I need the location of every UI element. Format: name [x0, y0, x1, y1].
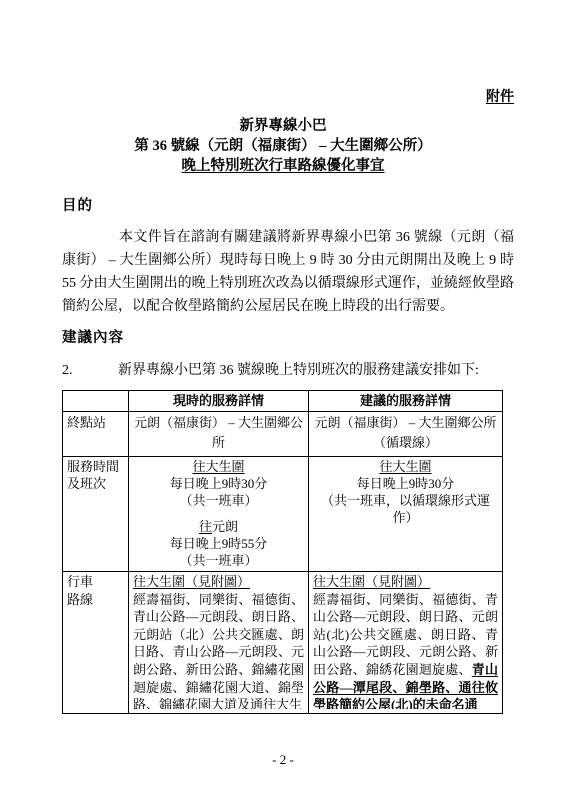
terminus-label: 終點站 — [63, 412, 129, 457]
terminus-proposed: 元朗（福康街） – 大生圍鄉公所（循環線） — [309, 412, 503, 457]
item-number: 2. — [62, 363, 118, 379]
service-hours-label: 服務時間 及班次 — [63, 457, 129, 572]
table-row-terminus: 終點站 元朗（福康街） – 大生圍鄉公所 元朗（福康街） – 大生圍鄉公所（循環… — [63, 412, 503, 457]
table-header-row: 現時的服務詳情 建議的服務詳情 — [63, 391, 503, 412]
header-current-service: 現時的服務詳情 — [129, 391, 309, 412]
route-proposed-body: 經壽福街、同樂街、福德街、青山公路—元朗段、朗日路、元朗站(北)公共交匯處、朗日… — [313, 591, 498, 709]
current-direction2-note: （共一班車） — [133, 552, 304, 569]
proposal-item-2: 2.新界專線小巴第 36 號線晚上特別班次的服務建議安排如下: — [62, 359, 514, 379]
title-line-route: 第 36 號線（元朗（福康街） – 大生圍鄉公所） — [0, 136, 566, 156]
route-label-line2: 路線 — [67, 591, 124, 609]
route-current-body: 經壽福街、同樂街、福德街、青山公路—元朗段、朗日路、元朗站（北）公共交匯處、朗日… — [133, 591, 304, 709]
route-current: 往大生圍（見附圖） 經壽福街、同樂街、福德街、青山公路—元朗段、朗日路、元朗站（… — [129, 572, 309, 714]
terminus-current: 元朗（福康街） – 大生圍鄉公所 — [129, 412, 309, 457]
current-direction2-heading-rest: 元朗 — [212, 519, 238, 534]
route-proposed: 往大生圍（見附圖） 經壽福街、同樂街、福德街、青山公路—元朗段、朗日路、元朗站(… — [309, 572, 503, 714]
service-hours-label-line1: 服務時間 — [67, 458, 124, 475]
service-hours-label-line2: 及班次 — [67, 475, 124, 492]
spacer — [133, 509, 304, 518]
service-hours-proposed: 往大生圍 每日晚上9時30分 （共一班車，以循環線形式運作） — [309, 457, 503, 572]
current-direction2-heading-underlined: 往 — [199, 519, 212, 534]
purpose-paragraph: 本文件旨在諮詢有關建議將新界專線小巴第 36 號線（元朗（福康街） – 大生圍鄉… — [62, 226, 514, 318]
proposal-heading: 建議內容 — [62, 326, 124, 347]
attachment-label: 附件 — [486, 86, 514, 106]
route-label: 行車 路線 — [63, 572, 129, 714]
current-direction1-heading: 往大生圍 — [133, 458, 304, 475]
route-current-heading: 往大生圍（見附圖） — [133, 573, 304, 591]
service-comparison-table: 現時的服務詳情 建議的服務詳情 終點站 元朗（福康街） – 大生圍鄉公所 元朗（… — [62, 390, 503, 714]
title-line-organisation: 新界專線小巴 — [0, 116, 566, 136]
page-number: - 2 - — [0, 752, 566, 768]
current-direction1-time: 每日晚上9時30分 — [133, 475, 304, 492]
header-blank — [63, 391, 129, 412]
route-proposed-body-regular: 經壽福街、同樂街、福德街、青山公路—元朗段、朗日路、元朗站(北)公共交匯處、朗日… — [313, 592, 498, 677]
table-row-route: 行車 路線 往大生圍（見附圖） 經壽福街、同樂街、福德街、青山公路—元朗段、朗日… — [63, 572, 503, 714]
route-label-line1: 行車 — [67, 573, 124, 591]
document-page: 附件 新界專線小巴 第 36 號線（元朗（福康街） – 大生圍鄉公所） 晚上特別… — [0, 0, 566, 800]
proposed-direction-note: （共一班車，以循環線形式運作） — [313, 492, 498, 526]
proposed-direction-heading: 往大生圍 — [313, 458, 498, 475]
proposed-direction-time: 每日晚上9時30分 — [313, 475, 498, 492]
title-line-subject: 晚上特別班次行車路線優化事宜 — [0, 156, 566, 176]
current-direction1-note: （共一班車） — [133, 492, 304, 509]
item-text: 新界專線小巴第 36 號線晚上特別班次的服務建議安排如下: — [118, 363, 479, 378]
purpose-heading: 目的 — [62, 194, 93, 215]
route-proposed-heading: 往大生圍（見附圖） — [313, 573, 498, 591]
current-direction2-heading: 往元朗 — [133, 518, 304, 535]
header-proposed-service: 建議的服務詳情 — [309, 391, 503, 412]
table-row-service-hours: 服務時間 及班次 往大生圍 每日晚上9時30分 （共一班車） 往元朗 每日晚上9… — [63, 457, 503, 572]
current-direction2-time: 每日晚上9時55分 — [133, 535, 304, 552]
service-hours-current: 往大生圍 每日晚上9時30分 （共一班車） 往元朗 每日晚上9時55分 （共一班… — [129, 457, 309, 572]
document-title: 新界專線小巴 第 36 號線（元朗（福康街） – 大生圍鄉公所） 晚上特別班次行… — [0, 116, 566, 176]
